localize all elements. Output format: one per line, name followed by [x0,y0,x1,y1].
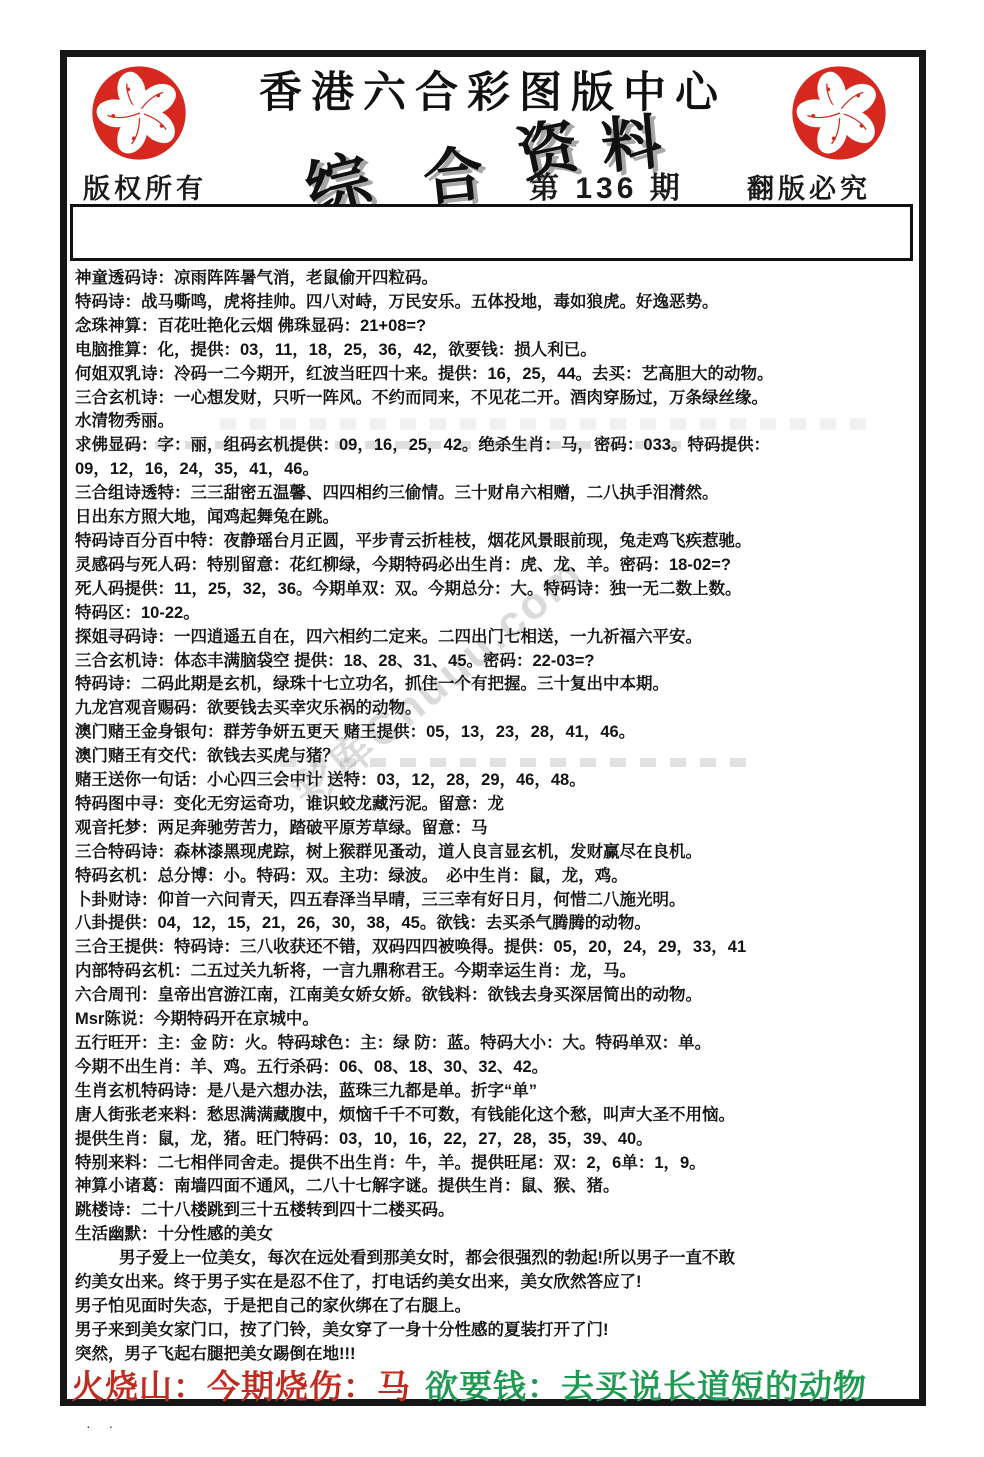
text-line: 生肖玄机特码诗：是八是六想办法，蓝珠三九都是单。折字“单” [75,1080,915,1104]
text-line: 电脑推算：化，提供：03，11，18，25，36，42，欲要钱：损人利已。 [75,339,915,363]
footer-banner: 火烧山：今期烧伤：马 欲要钱：去买说长道短的动物 [71,1365,913,1403]
text-line: Msr陈说：今期特码开在京城中。 [75,1008,915,1032]
text-line: 特码图中寻：变化无穷运奇功，谁识蛟龙藏污泥。留意：龙 [75,793,915,817]
text-line: 男子来到美女家门口，按了门铃，美女穿了一身十分性感的夏装打开了门! [75,1319,915,1343]
text-line: 赌王送你一句话：小心四三会中计 送特：03，12，28，29，46，48。 [75,769,915,793]
text-line: 男子怕见面时失态，于是把自己的家伙绑在了右腿上。 [75,1295,915,1319]
text-line: 三合玄机诗：一心想发财，只听一阵风。不约而同来，不见花二开。酒肉穿肠过，万条绿丝… [75,387,915,411]
text-line: 跳楼诗：二十八楼跳到三十五楼转到四十二楼买码。 [75,1199,915,1223]
text-line: 灵感码与死人码：特别留意：花红柳绿，今期特码必出生肖：虎、龙、羊。密码：18-0… [75,554,915,578]
text-line: 神算小诸葛：南墙四面不通风，二八十七解字谜。提供生肖：鼠、猴、猪。 [75,1175,915,1199]
text-line: 三合特码诗：森林漆黑现虎踪，树上猴群见蚤动，道人良言显玄机，发财赢尽在良机。 [75,841,915,865]
text-line: 观音托梦：两足奔驰劳苦力，踏破平原芳草绿。留意：马 [75,817,915,841]
text-line: 八卦提供：04，12，15，21，26，30，38，45。欲钱：去买杀气腾腾的动… [75,912,915,936]
text-line: 探姐寻码诗：一四逍遥五自在，四六相约二定来。二四出门七相送，一九祈福六平安。 [75,626,915,650]
footer-money-tip: 欲要钱：去买说长道短的动物 [425,1361,867,1408]
text-line: 三合组诗透特：三三甜密五温馨、四四相约三偷情。三十财帛六相赠，二八执手泪潸然。 [75,482,915,506]
text-line: 念珠神算：百花吐艳化云烟 佛珠显码：21+08=? [75,315,915,339]
page-border-frame: 香港六合彩图版中心 综 合 资 料 第 136 期 版权所有 翻版必究 彩库Ch… [60,50,926,1406]
text-line: 三合王提供：特码诗：三八收获还不错，双码四四被唤得。提供：05，20，24，29… [75,936,915,960]
text-line: 特码玄机：总分博：小。特码：双。主功：绿波。 必中生肖：鼠，龙，鸡。 [75,865,915,889]
text-line: 日出东方照大地，闻鸡起舞兔在跳。 [75,506,915,530]
text-line: 内部特码玄机：二五过关九斩将，一言九鼎称君王。今期幸运生肖：龙，马。 [75,960,915,984]
text-line: 提供生肖：鼠，龙，猪。旺门特码：03，10，16，22，27，28，35，39、… [75,1128,915,1152]
text-line: 特码区：10-22。 [75,602,915,626]
text-line: 特码诗：二码此期是玄机，绿珠十七立功名，抓住一个有把握。三十复出中本期。 [75,673,915,697]
page-title: 香港六合彩图版中心 [67,59,919,120]
text-line: 死人码提供：11，25，32，36。今期单双：双。今期总分：大。特码诗：独一无二… [75,578,915,602]
text-line: 卜卦财诗：仰首一六问青天，四五春泽当早晴，三三幸有好日月，何惜二八施光明。 [75,889,915,913]
text-line: 唐人街张老来料：愁思满满藏腹中，烦恼千千不可数，有钱能化这个愁，叫声大圣不用恼。 [75,1104,915,1128]
text-line: 约美女出来。终于男子实在是忍不住了，打电话约美女出来，美女欣然答应了! [75,1271,915,1295]
text-line: 三合玄机诗：体态丰满脑袋空 提供：18、28、31、45。密码：22-03=? [75,650,915,674]
empty-header-box [70,204,913,261]
text-line: 求佛显码：字：丽，组码玄机提供：09，16，25，42。绝杀生肖：马，密码：03… [75,434,915,458]
text-block: 神童透码诗：凉雨阵阵暑气消，老鼠偷开四粒码。特码诗：战马嘶鸣，虎将挂帅。四八对峙… [75,267,915,1367]
text-line: 澳门赌王有交代：欲钱去买虎与猪？ [75,745,915,769]
text-line: 特码诗百分百中特：夜静瑶台月正圆，平步青云折桂枝，烟花风景眼前现，兔走鸡飞疾惹驰… [75,530,915,554]
text-line: 特码诗：战马嘶鸣，虎将挂帅。四八对峙，万民安乐。五体投地，毒如狼虎。好逸恶势。 [75,291,915,315]
text-line: 九龙宫观音赐码：欲要钱去买幸灾乐祸的动物。 [75,697,915,721]
text-line: 澳门赌王金身银句：群芳争妍五更天 赌王提供：05，13，23，28，41，46。 [75,721,915,745]
text-line: 今期不出生肖：羊、鸡。五行杀码：06、08、18、30、32、42。 [75,1056,915,1080]
copyright-right-label: 翻版必究 [747,167,871,206]
scanned-lottery-sheet: 香港六合彩图版中心 综 合 资 料 第 136 期 版权所有 翻版必究 彩库Ch… [0,0,984,1457]
issue-number: 第 136 期 [529,163,684,207]
text-line: 五行旺开：主：金 防：火。特码球色：主：绿 防：蓝。特码大小：大。特码单双：单。 [75,1032,915,1056]
text-line: 水清物秀丽。 [75,410,915,434]
copyright-left-label: 版权所有 [83,167,207,206]
text-line: 神童透码诗：凉雨阵阵暑气消，老鼠偷开四粒码。 [75,267,915,291]
text-line: 男子爱上一位美女，每次在远处看到那美女时，都会很强烈的勃起!所以男子一直不敢 [75,1247,915,1271]
footer-fire-tip: 火烧山：今期烧伤：马 [71,1361,411,1408]
text-line: 何姐双乳诗：冷码一二今期开，红波当旺四十来。提供：16，25，44。去买：艺高胆… [75,363,915,387]
text-line: 09，12，16，24，35，41，46。 [75,458,915,482]
text-line: 六合周刊：皇帝出宫游江南，江南美女娇女娇。欲钱料：欲钱去身买深居简出的动物。 [75,984,915,1008]
text-line: 特别来料：二七相伴同舍走。提供不出生肖：牛，羊。提供旺尾：双：2，6单：1，9。 [75,1152,915,1176]
text-line: 生活幽默：十分性感的美女 [75,1223,915,1247]
scan-dot-marks: · · [86,1418,120,1434]
